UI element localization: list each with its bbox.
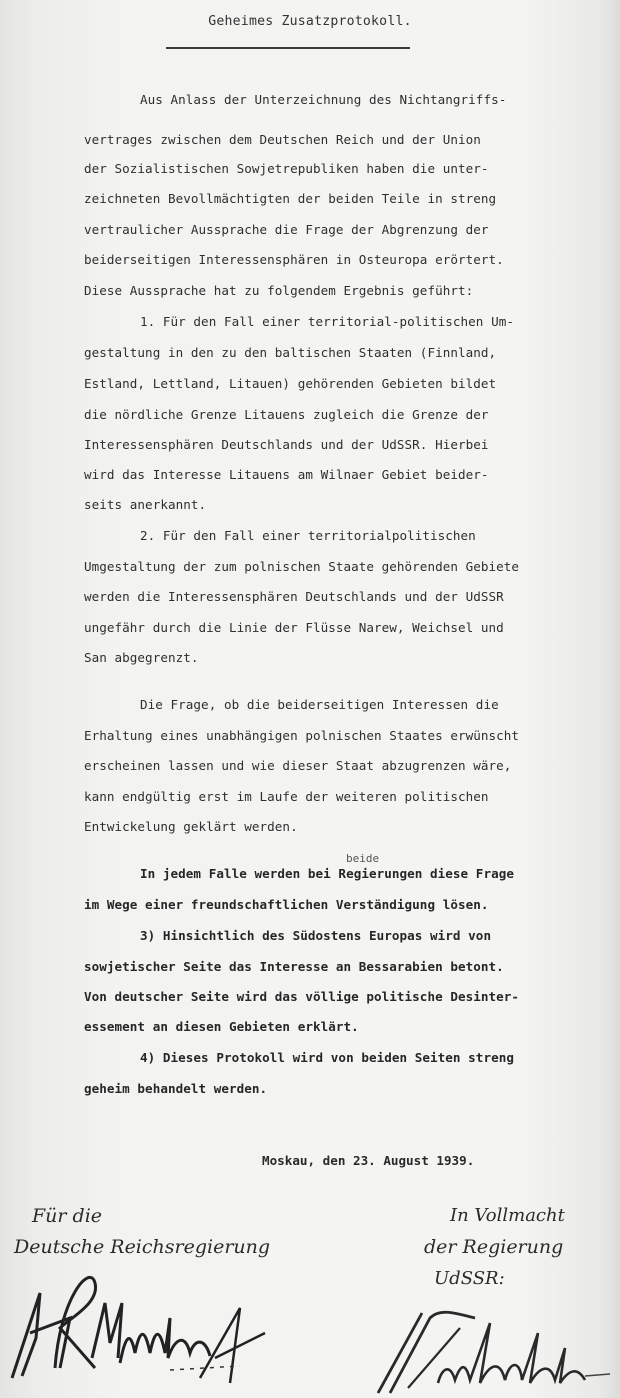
point-2-line: San abgegrenzt.	[84, 650, 198, 665]
right-caption-line: UdSSR:	[434, 1268, 505, 1289]
preamble-line: zeichneten Bevollmächtigten der beiden T…	[84, 191, 496, 206]
point-3-line: Von deutscher Seite wird das völlige pol…	[84, 989, 519, 1004]
right-caption-line: der Regierung	[424, 1236, 563, 1258]
point-4-line: 4) Dieses Protokoll wird von beiden Seit…	[140, 1050, 514, 1065]
right-caption-line: In Vollmacht	[450, 1205, 565, 1226]
date-line: Moskau, den 23. August 1939.	[262, 1153, 474, 1168]
resolution-line: im Wege einer freundschaftlichen Verstän…	[84, 897, 489, 912]
point-3-line: 3) Hinsichtlich des Südostens Europas wi…	[140, 928, 491, 943]
document-page: Geheimes Zusatzprotokoll. Aus Anlass der…	[0, 0, 620, 1398]
point-1-line: gestaltung in den zu den baltischen Staa…	[84, 345, 496, 360]
preamble-line: vertraulicher Aussprache die Frage der A…	[84, 222, 489, 237]
left-caption-line: Deutsche Reichsregierung	[14, 1236, 270, 1258]
point-1-line: wird das Interesse Litauens am Wilnaer G…	[84, 467, 489, 482]
preamble-line: Diese Aussprache hat zu folgendem Ergebn…	[84, 283, 473, 298]
point-2-line: 2. Für den Fall einer territorialpolitis…	[140, 528, 476, 543]
point-1-line: die nördliche Grenze Litauens zugleich d…	[84, 407, 489, 422]
title-underline	[166, 47, 410, 49]
point-1-line: 1. Für den Fall einer territorial-politi…	[140, 314, 514, 329]
preamble-line: beiderseitigen Interessensphären in Oste…	[84, 252, 504, 267]
inserted-correction: beide	[346, 852, 379, 865]
question-line: kann endgültig erst im Laufe der weitere…	[84, 789, 489, 804]
point-2-line: ungefähr durch die Linie der Flüsse Nare…	[84, 620, 504, 635]
point-4-line: geheim behandelt werden.	[84, 1081, 267, 1096]
question-line: Die Frage, ob die beiderseitigen Interes…	[140, 697, 499, 712]
point-3-line: sowjetischer Seite das Interesse an Bess…	[84, 959, 504, 974]
point-3-line: essement an diesen Gebieten erklärt.	[84, 1019, 359, 1034]
point-1-line: Estland, Lettland, Litauen) gehörenden G…	[84, 376, 496, 391]
point-1-line: seits anerkannt.	[84, 497, 206, 512]
point-2-line: werden die Interessensphären Deutschland…	[84, 589, 504, 604]
document-title: Geheimes Zusatzprotokoll.	[0, 14, 620, 29]
preamble-line: Aus Anlass der Unterzeichnung des Nichta…	[140, 92, 506, 107]
point-2-line: Umgestaltung der zum polnischen Staate g…	[84, 559, 519, 574]
point-1-line: Interessensphären Deutschlands und der U…	[84, 437, 489, 452]
question-line: Entwickelung geklärt werden.	[84, 819, 298, 834]
question-line: Erhaltung eines unabhängigen polnischen …	[84, 728, 519, 743]
left-caption-line: Für die	[32, 1205, 102, 1227]
resolution-line: In jedem Falle werden bei Regierungen di…	[140, 866, 514, 881]
preamble-line: vertrages zwischen dem Deutschen Reich u…	[84, 132, 481, 147]
question-line: erscheinen lassen und wie dieser Staat a…	[84, 758, 511, 773]
preamble-line: der Sozialistischen Sowjetrepubliken hab…	[84, 161, 489, 176]
